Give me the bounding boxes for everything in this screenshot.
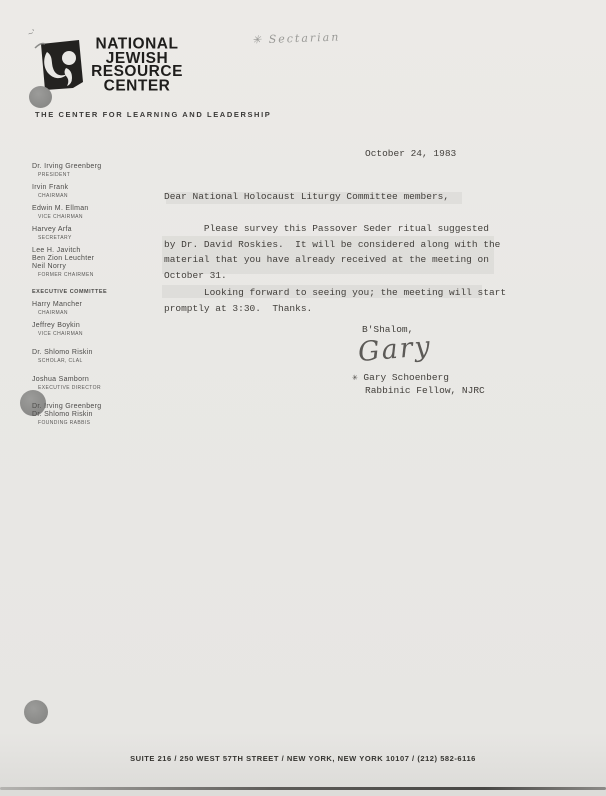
executive-committee-heading: EXECUTIVE COMMITTEE [32,289,162,295]
officer-name: Ben Zion Leuchter [32,255,162,263]
committee-entry: Harry Mancher CHAIRMAN [32,301,162,317]
officer-title: PRESIDENT [32,172,162,179]
committee-member-title: CHAIRMAN [32,310,162,317]
officer-title: VICE CHAIRMAN [32,214,162,221]
committee-entry: Dr. Shlomo Riskin SCHOLAR, CLAL [32,349,162,365]
officer-name: Edwin M. Ellman [32,205,162,213]
committee-member-name: Dr. Shlomo Riskin [32,411,162,419]
officer-entry: Edwin M. Ellman VICE CHAIRMAN [32,205,162,221]
letter-paragraph: Looking forward to seeing you; the meeti… [164,285,506,316]
handwritten-annotation: ✳ Sectarian [252,30,341,46]
officer-name: Irvin Frank [32,184,162,192]
committee-member-name: Dr. Irving Greenberg [32,403,162,411]
org-name: NATIONAL JEWISH RESOURCE CENTER [86,37,188,92]
committee-member-title: SCHOLAR, CLAL [32,358,162,365]
officer-entry: Dr. Irving Greenberg PRESIDENT [32,163,162,179]
officer-entry: Irvin Frank CHAIRMAN [32,184,162,200]
hole-punch-mark [29,86,52,108]
committee-member-title: FOUNDING RABBIS [32,420,162,427]
signer-name: ✳ Gary Schoenberg [352,372,449,383]
officer-title: FORMER CHAIRMEN [32,272,162,279]
officer-title: SECRETARY [32,235,162,242]
org-tagline: THE CENTER FOR LEARNING AND LEADERSHIP [35,110,271,119]
officer-name: Neil Norry [32,263,162,271]
handwritten-signature: Gary [357,331,433,368]
footer-address: SUITE 216 / 250 WEST 57TH STREET / NEW Y… [0,754,606,763]
committee-entry: Dr. Irving Greenberg Dr. Shlomo Riskin F… [32,403,162,427]
committee-member-title: VICE CHAIRMAN [32,331,162,338]
committee-member-name: Joshua Samborn [32,376,162,384]
officer-name: Dr. Irving Greenberg [32,163,162,171]
scan-page-edge [0,787,606,790]
officer-title: CHAIRMAN [32,193,162,200]
letter-date: October 24, 1983 [365,148,456,159]
signer-title: Rabbinic Fellow, NJRC [365,385,485,396]
officer-name: Lee H. Javitch [32,247,162,255]
officer-entry: Lee H. Javitch Ben Zion Leuchter Neil No… [32,247,162,279]
letter-paragraph: Please survey this Passover Seder ritual… [164,221,500,283]
committee-member-title: EXECUTIVE DIRECTOR [32,385,162,392]
letter-salutation: Dear National Holocaust Liturgy Committe… [164,191,449,202]
committee-member-name: Harry Mancher [32,301,162,309]
officer-name: Harvey Arfa [32,226,162,234]
hole-punch-mark [24,700,48,724]
committee-member-name: Jeffrey Boykin [32,322,162,330]
committee-entry: Jeffrey Boykin VICE CHAIRMAN [32,322,162,338]
officer-entry: Harvey Arfa SECRETARY [32,226,162,242]
scanned-letter-page: ~' NATIONAL JEWISH RESOURCE CENTER ✳ Sec… [0,0,606,796]
letterhead-officer-list: Dr. Irving Greenberg PRESIDENT Irvin Fra… [32,163,162,432]
committee-entry: Joshua Samborn EXECUTIVE DIRECTOR [32,376,162,392]
committee-member-name: Dr. Shlomo Riskin [32,349,162,357]
